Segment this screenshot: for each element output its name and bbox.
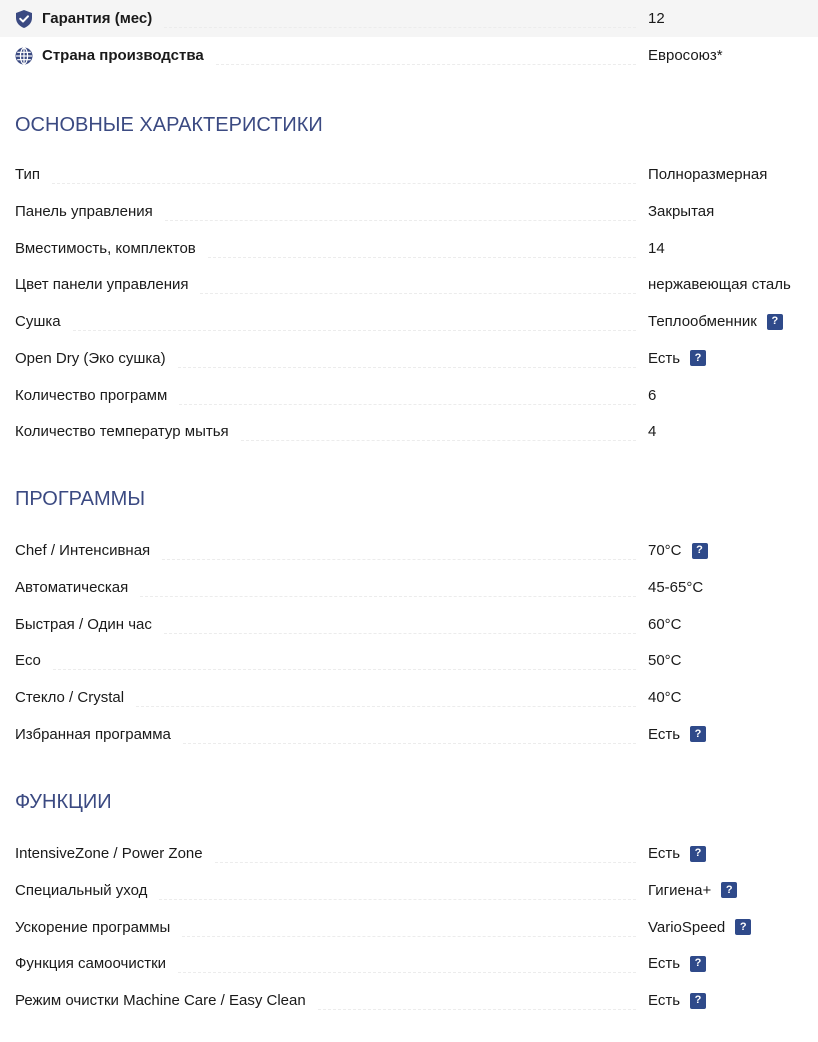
- spec-label: Избранная программа: [15, 726, 171, 743]
- help-icon[interactable]: ?: [690, 993, 706, 1009]
- spec-row: Быстрая / Один час60°C: [0, 606, 818, 643]
- spec-label: Стекло / Crystal: [15, 689, 124, 706]
- spec-label: Eco: [15, 652, 41, 669]
- spec-row: IntensiveZone / Power ZoneЕсть?: [0, 835, 818, 872]
- spec-row: Вместимость, комплектов14: [0, 230, 818, 267]
- dotted-leader: [216, 64, 636, 65]
- spec-label: Функция самоочистки: [15, 955, 166, 972]
- globe-icon: [15, 47, 33, 65]
- spec-value: 4: [648, 423, 818, 440]
- spec-row: Режим очистки Machine Care / Easy CleanЕ…: [0, 982, 818, 1019]
- dotted-leader: [53, 669, 636, 670]
- help-icon[interactable]: ?: [692, 543, 708, 559]
- spec-label: Сушка: [15, 313, 61, 330]
- spec-row: Панель управленияЗакрытая: [0, 193, 818, 230]
- dotted-leader: [215, 862, 636, 863]
- spec-value: Есть?: [648, 845, 818, 862]
- spec-value: 60°C: [648, 616, 818, 633]
- spec-label: Тип: [15, 166, 40, 183]
- spec-value: 50°C: [648, 652, 818, 669]
- spec-label: Chef / Интенсивная: [15, 542, 150, 559]
- dotted-leader: [164, 633, 636, 634]
- dotted-leader: [164, 27, 636, 28]
- spec-row: Количество температур мытья4: [0, 413, 818, 450]
- spec-value: Есть?: [648, 955, 818, 972]
- dotted-leader: [182, 936, 636, 937]
- spec-value: 45-65°C: [648, 579, 818, 596]
- dotted-leader: [318, 1009, 636, 1010]
- dotted-leader: [159, 899, 636, 900]
- dotted-leader: [136, 706, 636, 707]
- spec-row: Eco50°C: [0, 642, 818, 679]
- spec-value: Гигиена+?: [648, 882, 818, 899]
- spec-value: Полноразмерная: [648, 166, 818, 183]
- spec-label: Количество температур мытья: [15, 423, 229, 440]
- spec-section: ПРОГРАММЫChef / Интенсивная70°C?Автомати…: [0, 482, 818, 516]
- spec-value: 12: [648, 10, 818, 27]
- dotted-leader: [140, 596, 636, 597]
- spec-row: Количество программ6: [0, 377, 818, 414]
- spec-row-country: Страна производства Евросоюз*: [0, 37, 818, 74]
- shield-check-icon: [15, 10, 33, 28]
- spec-label: Страна производства: [42, 47, 204, 64]
- help-icon[interactable]: ?: [721, 882, 737, 898]
- spec-row: Цвет панели управлениянержавеющая сталь: [0, 266, 818, 303]
- spec-label: Вместимость, комплектов: [15, 240, 196, 257]
- dotted-leader: [73, 330, 636, 331]
- dotted-leader: [179, 404, 636, 405]
- spec-label: Панель управления: [15, 203, 153, 220]
- spec-value: 14: [648, 240, 818, 257]
- spec-value: 70°C?: [648, 542, 818, 559]
- spec-value: Есть?: [648, 350, 818, 367]
- dotted-leader: [162, 559, 636, 560]
- spec-label: Гарантия (мес): [42, 10, 152, 27]
- spec-value: 6: [648, 387, 818, 404]
- spec-value: нержавеющая сталь: [648, 276, 818, 293]
- spec-row: Функция самоочисткиЕсть?: [0, 945, 818, 982]
- specs-page: Гарантия (мес) 12: [0, 0, 818, 74]
- help-icon[interactable]: ?: [690, 726, 706, 742]
- spec-row: Избранная программаЕсть?: [0, 716, 818, 753]
- spec-row: Open Dry (Эко сушка)Есть?: [0, 340, 818, 377]
- dotted-leader: [52, 183, 636, 184]
- spec-section: ФУНКЦИИIntensiveZone / Power ZoneЕсть?Сп…: [0, 785, 818, 819]
- spec-section: ОСНОВНЫЕ ХАРАКТЕРИСТИКИТипПолноразмерная…: [0, 108, 818, 142]
- dotted-leader: [200, 293, 636, 294]
- spec-value: Закрытая: [648, 203, 818, 220]
- spec-value: Есть?: [648, 992, 818, 1009]
- spec-label: Быстрая / Один час: [15, 616, 152, 633]
- spec-label: Open Dry (Эко сушка): [15, 350, 166, 367]
- dotted-leader: [241, 440, 636, 441]
- help-icon[interactable]: ?: [690, 956, 706, 972]
- section-title: ОСНОВНЫЕ ХАРАКТЕРИСТИКИ: [0, 108, 818, 142]
- spec-value: Евросоюз*: [648, 47, 818, 64]
- help-icon[interactable]: ?: [735, 919, 751, 935]
- spec-row: СушкаТеплообменник?: [0, 303, 818, 340]
- help-icon[interactable]: ?: [690, 350, 706, 366]
- spec-label: Количество программ: [15, 387, 167, 404]
- spec-value: Есть?: [648, 726, 818, 743]
- spec-value: Теплообменник?: [648, 313, 818, 330]
- spec-row: Специальный уходГигиена+?: [0, 872, 818, 909]
- help-icon[interactable]: ?: [767, 314, 783, 330]
- spec-label: IntensiveZone / Power Zone: [15, 845, 203, 862]
- dotted-leader: [178, 972, 636, 973]
- spec-label: Цвет панели управления: [15, 276, 188, 293]
- spec-row-warranty: Гарантия (мес) 12: [0, 0, 818, 37]
- top-rows: Гарантия (мес) 12: [0, 0, 818, 74]
- spec-label: Автоматическая: [15, 579, 128, 596]
- section-title: ПРОГРАММЫ: [0, 482, 818, 516]
- spec-value: VarioSpeed?: [648, 919, 818, 936]
- spec-row: Стекло / Crystal40°C: [0, 679, 818, 716]
- spec-row: Автоматическая45-65°C: [0, 569, 818, 606]
- spec-label: Ускорение программы: [15, 919, 170, 936]
- spec-row: Chef / Интенсивная70°C?: [0, 532, 818, 569]
- dotted-leader: [208, 257, 636, 258]
- spec-label: Режим очистки Machine Care / Easy Clean: [15, 992, 306, 1009]
- spec-label: Специальный уход: [15, 882, 147, 899]
- dotted-leader: [165, 220, 636, 221]
- spec-row: ТипПолноразмерная: [0, 156, 818, 193]
- spec-row: Ускорение программыVarioSpeed?: [0, 909, 818, 946]
- help-icon[interactable]: ?: [690, 846, 706, 862]
- section-title: ФУНКЦИИ: [0, 785, 818, 819]
- dotted-leader: [183, 743, 636, 744]
- spec-value: 40°C: [648, 689, 818, 706]
- dotted-leader: [178, 367, 636, 368]
